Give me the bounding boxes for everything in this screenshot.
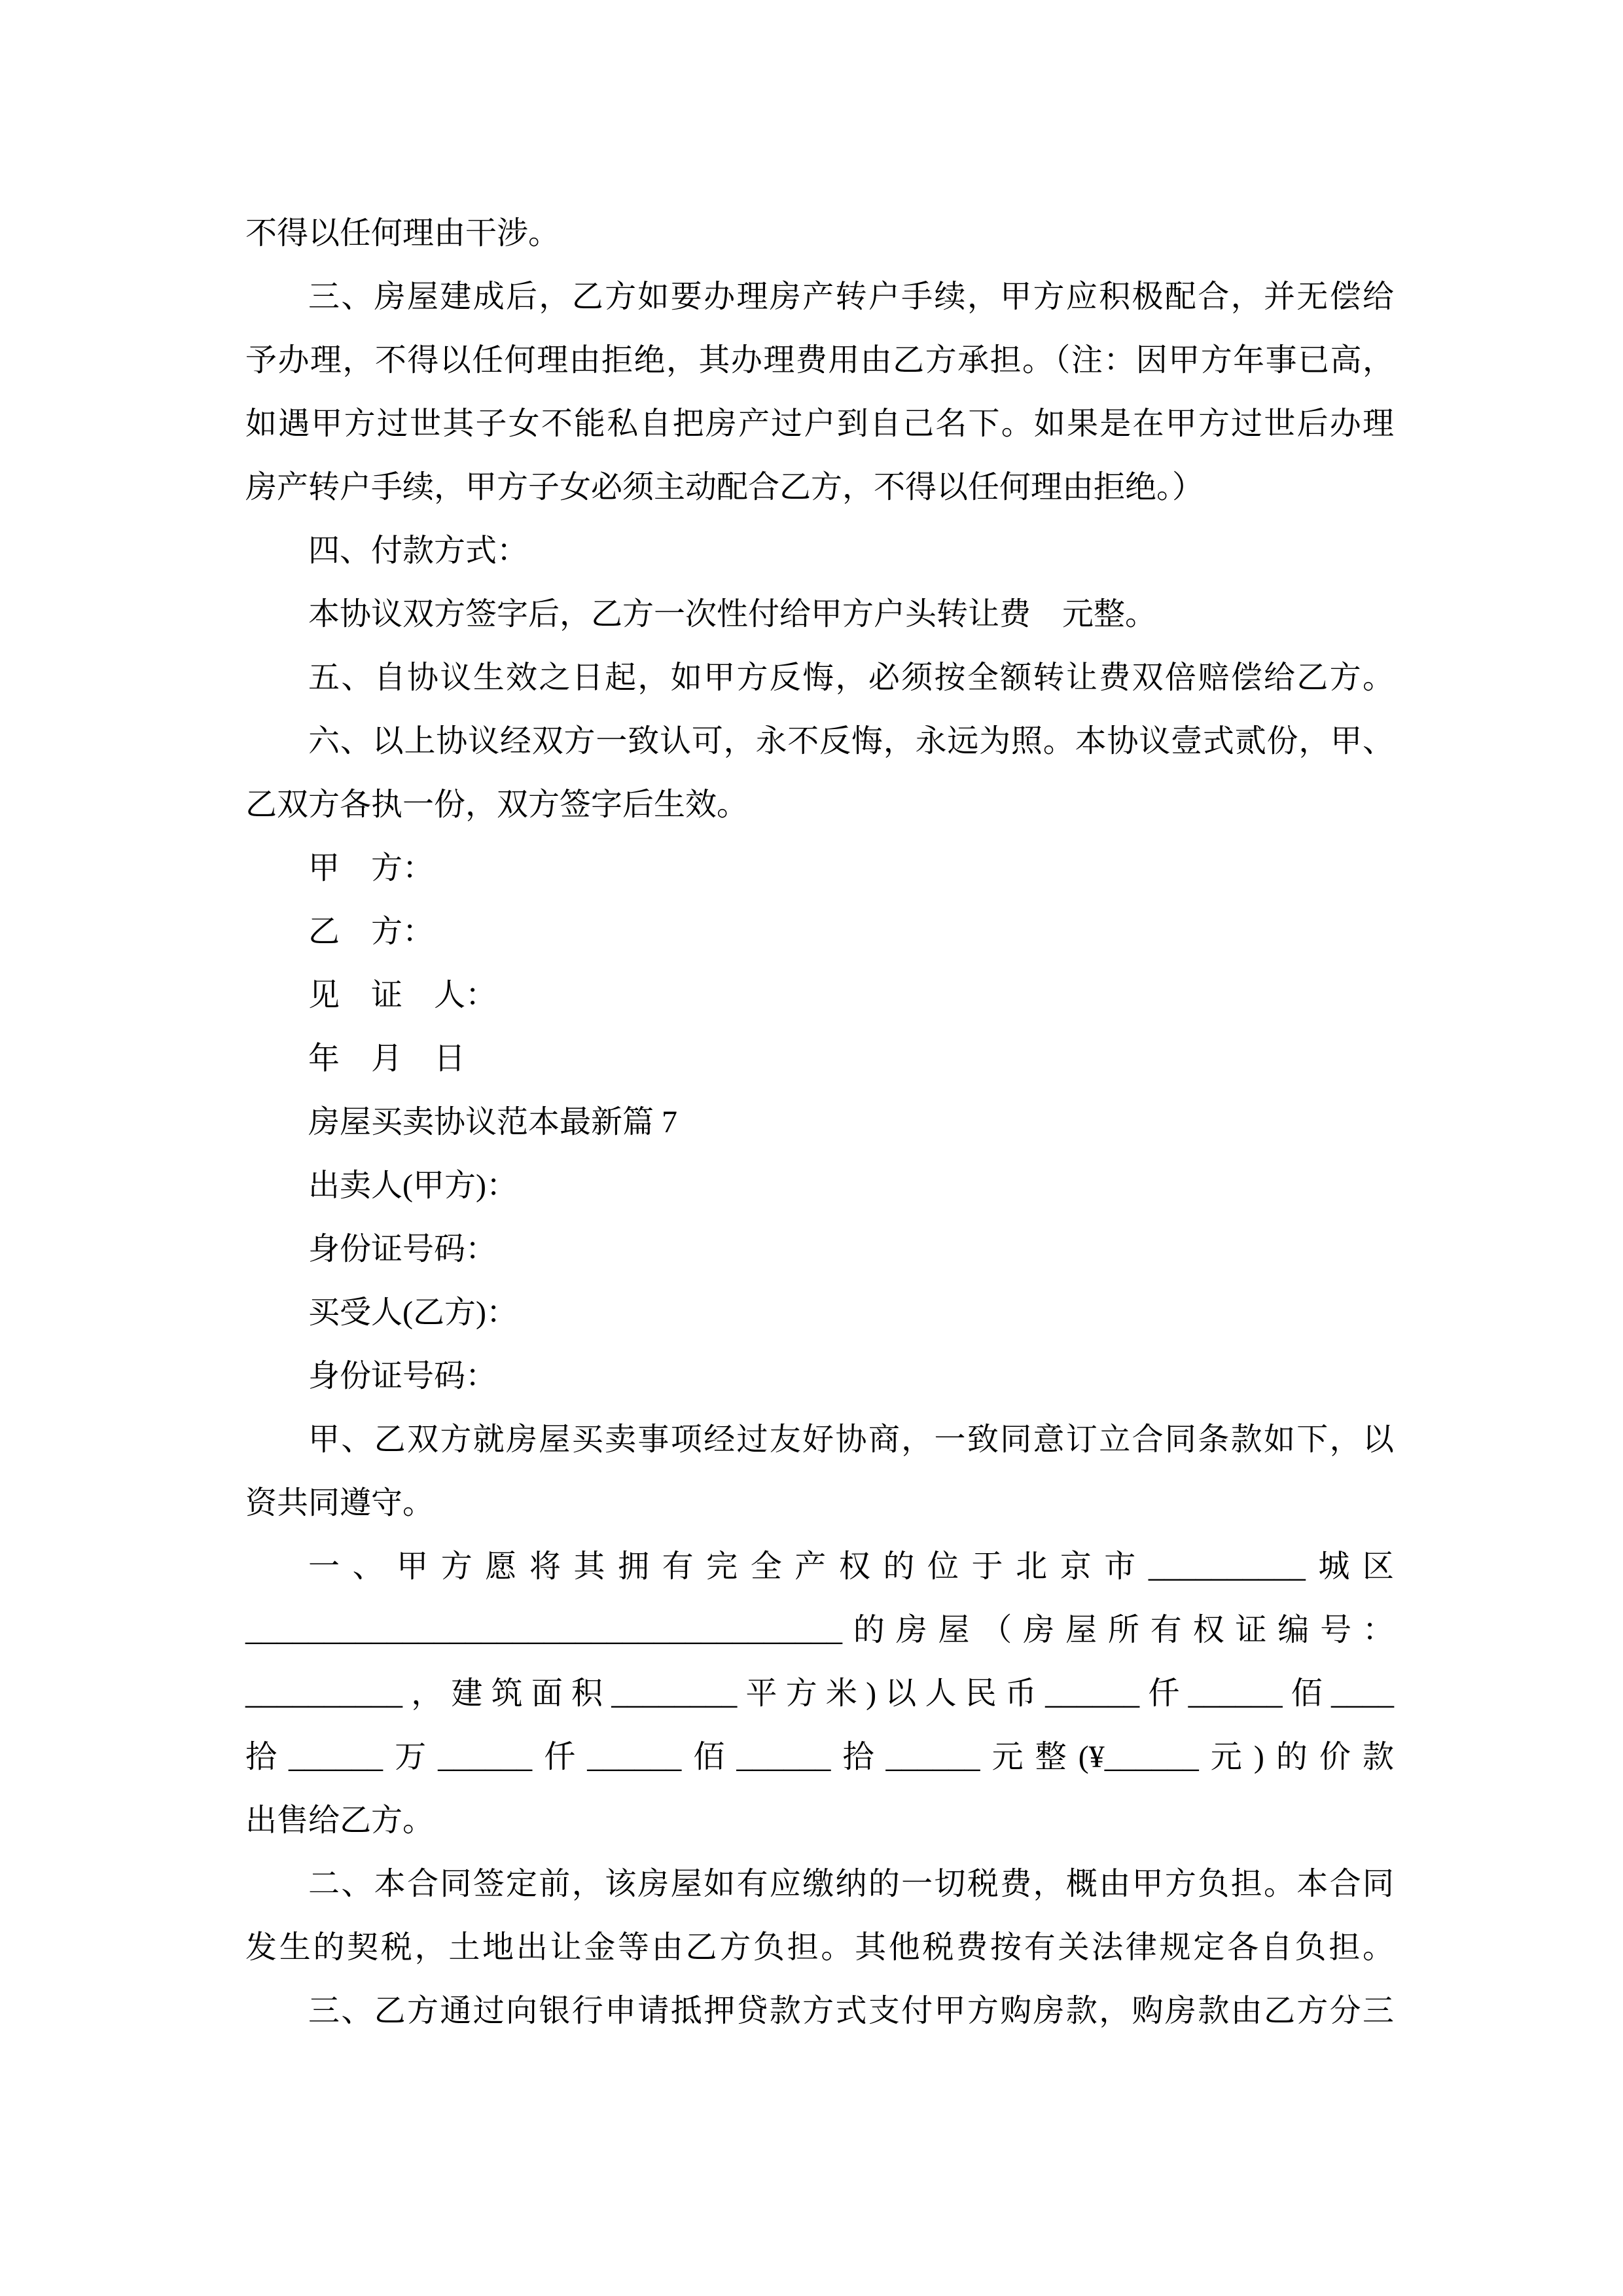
text-line: 三、房屋建成后，乙方如要办理房产转户手续，甲方应积极配合，并无偿给 (245, 265, 1394, 329)
text-line: __________，建筑面积________平方米)以人民币______仟__… (245, 1662, 1394, 1725)
text-line: 甲 方： (245, 836, 1394, 900)
text-line: 甲、乙双方就房屋买卖事项经过友好协商，一致同意订立合同条款如下，以 (245, 1408, 1394, 1471)
text-line: 出售给乙方。 (245, 1789, 1394, 1852)
contract-text-block: 不得以任何理由干涉。 三、房屋建成后，乙方如要办理房产转户手续，甲方应积极配合，… (245, 202, 1394, 2043)
text-line: 见 证 人： (245, 963, 1394, 1027)
text-line: 房产转户手续，甲方子女必须主动配合乙方，不得以任何理由拒绝。） (245, 456, 1394, 519)
text-line: 身份证号码： (245, 1217, 1394, 1281)
text-line: 出卖人(甲方)： (245, 1154, 1394, 1217)
text-line: 不得以任何理由干涉。 (245, 202, 1394, 265)
text-line: 年 月 日 (245, 1027, 1394, 1090)
text-line: 乙 方： (245, 900, 1394, 963)
text-line: 一、甲方愿将其拥有完全产权的位于北京市__________城区 (245, 1535, 1394, 1598)
text-line: 身份证号码： (245, 1344, 1394, 1408)
document-page: 不得以任何理由干涉。 三、房屋建成后，乙方如要办理房产转户手续，甲方应积极配合，… (0, 0, 1623, 2296)
text-line: ______________________________________的房… (245, 1598, 1394, 1662)
text-line: 乙双方各执一份，双方签字后生效。 (245, 773, 1394, 836)
text-line: 四、付款方式： (245, 519, 1394, 583)
text-line: 六、以上协议经双方一致认可，永不反悔，永远为照。本协议壹式贰份，甲、 (245, 709, 1394, 773)
text-line: 予办理，不得以任何理由拒绝，其办理费用由乙方承担。（注：因甲方年事已高， (245, 329, 1394, 392)
text-line: 发生的契税，土地出让金等由乙方负担。其他税费按有关法律规定各自负担。 (245, 1916, 1394, 1979)
text-line: 资共同遵守。 (245, 1471, 1394, 1535)
text-line: 本协议双方签字后，乙方一次性付给甲方户头转让费 元整。 (245, 583, 1394, 646)
text-line: 三、乙方通过向银行申请抵押贷款方式支付甲方购房款，购房款由乙方分三 (245, 1979, 1394, 2043)
text-line: 买受人(乙方)： (245, 1281, 1394, 1344)
text-line: 房屋买卖协议范本最新篇 7 (245, 1090, 1394, 1154)
text-line: 二、本合同签定前，该房屋如有应缴纳的一切税费，概由甲方负担。本合同 (245, 1852, 1394, 1916)
text-line: 拾______万______仟______佰______拾______元整(¥_… (245, 1725, 1394, 1789)
text-line: 五、自协议生效之日起，如甲方反悔，必须按全额转让费双倍赔偿给乙方。 (245, 646, 1394, 709)
text-line: 如遇甲方过世其子女不能私自把房产过户到自己名下。如果是在甲方过世后办理 (245, 392, 1394, 456)
